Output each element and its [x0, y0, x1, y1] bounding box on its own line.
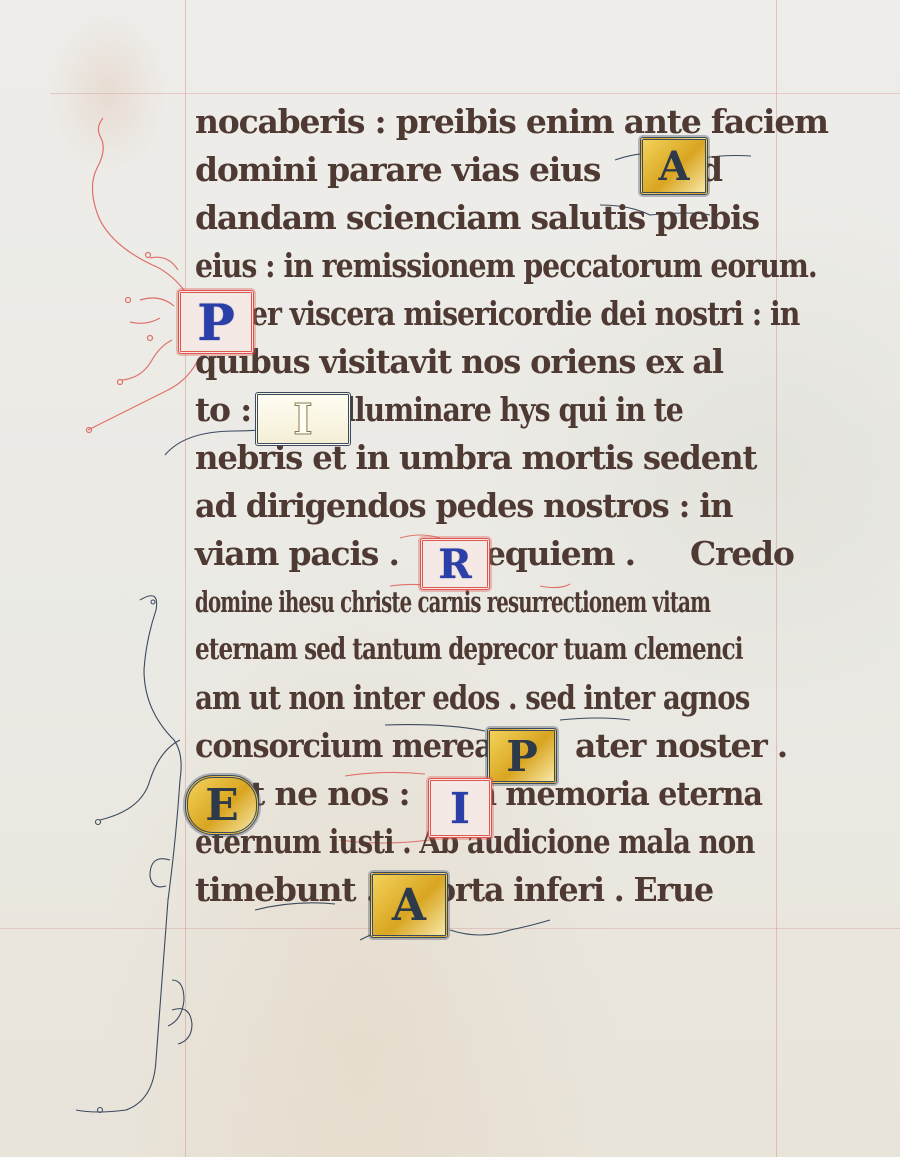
text-line-4: eius : in remissionem peccatorum eorum.: [195, 242, 817, 290]
initial-a-gold-bottom: A: [370, 872, 448, 938]
text-line-13: am ut non inter edos . sed inter agnos: [195, 674, 749, 722]
text-line-7: to :: [195, 386, 251, 434]
text-line-10-continuation: equiem .: [485, 530, 635, 578]
initial-a-gold: A: [640, 137, 708, 195]
text-line-10-end: Credo: [690, 530, 794, 578]
text-line-17: timebunt .: [195, 866, 376, 914]
text-line-2: domini parare vias eius: [195, 146, 600, 194]
text-line-6: quibus visitavit nos oriens ex al: [195, 338, 723, 386]
initial-p-blue: P: [178, 290, 254, 354]
text-line-15: t ne nos :: [250, 770, 409, 818]
initial-e-gold: E: [185, 775, 259, 835]
text-line-3: dandam scienciam salutis plebis: [195, 194, 759, 242]
text-line-1: nocaberis : preibis enim ante faciem: [195, 98, 828, 146]
text-line-17-continuation: orta inferi . Erue: [435, 866, 713, 914]
text-line-5: er viscera misericordie dei nostri : in: [250, 290, 799, 338]
text-line-9: ad dirigendos pedes nostros : in: [195, 482, 732, 530]
text-line-12: eternam sed tantum deprecor tuam clemenc…: [195, 626, 743, 674]
initial-i-blue: I: [428, 778, 492, 838]
text-line-7-continuation: lluminare hys qui in te: [345, 386, 683, 434]
initial-p-gold: P: [487, 728, 557, 784]
initial-i-white: I: [255, 392, 351, 446]
initial-r-blue: R: [420, 538, 490, 590]
text-line-14-continuation: ater noster .: [575, 722, 787, 770]
text-line-14: consorcium merear .: [195, 722, 527, 770]
text-line-10: viam pacis .: [195, 530, 399, 578]
